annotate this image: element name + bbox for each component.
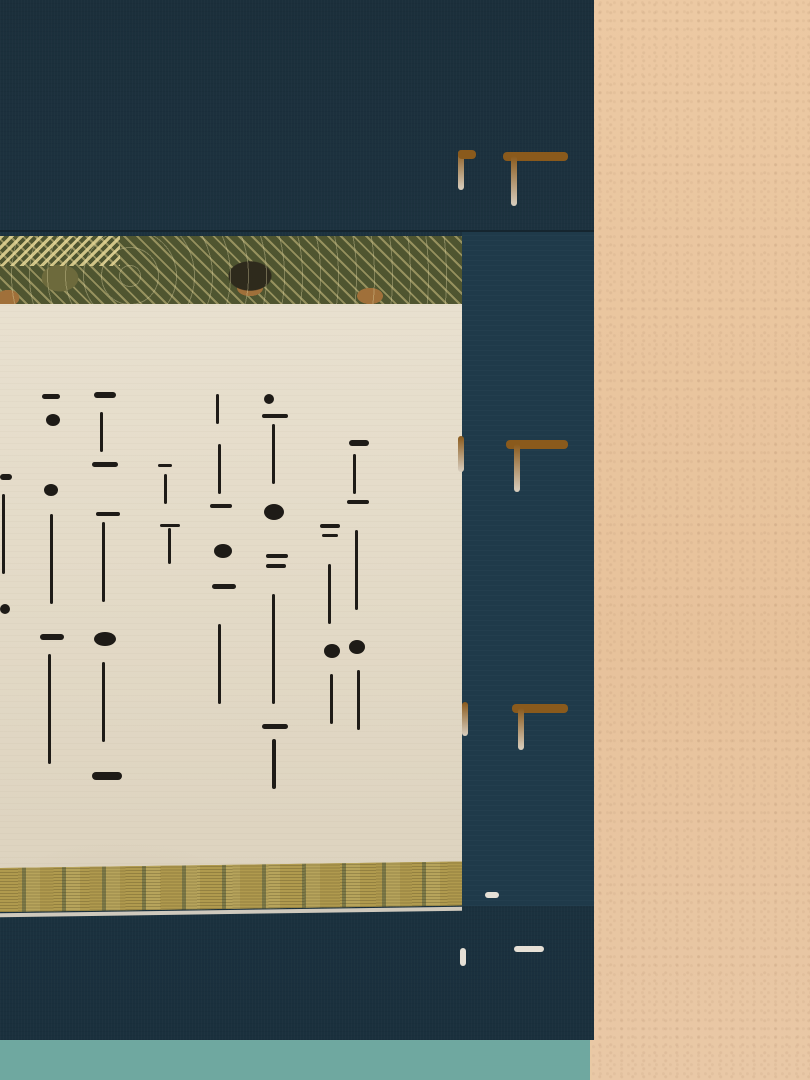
top-brocade-border xyxy=(0,236,462,304)
calligraphy-column xyxy=(158,464,184,564)
bottom-brocade-border xyxy=(0,862,462,912)
side-fabric-strip xyxy=(462,232,594,906)
calligraphy-column xyxy=(210,394,236,714)
calligraphy-column xyxy=(318,524,344,724)
calligraphy-column xyxy=(262,394,288,794)
calligraphy-paper xyxy=(0,304,462,876)
fabric-wear-mark xyxy=(514,946,544,952)
calligraphy-column xyxy=(40,394,66,774)
fabric-wear-mark xyxy=(460,948,466,966)
fabric-wear-mark xyxy=(485,892,499,898)
wall-background xyxy=(592,0,810,1080)
calligraphy-column xyxy=(345,440,371,720)
calligraphy-column xyxy=(92,392,118,792)
teal-cloth-background xyxy=(0,1040,590,1080)
calligraphy-column xyxy=(0,474,26,644)
